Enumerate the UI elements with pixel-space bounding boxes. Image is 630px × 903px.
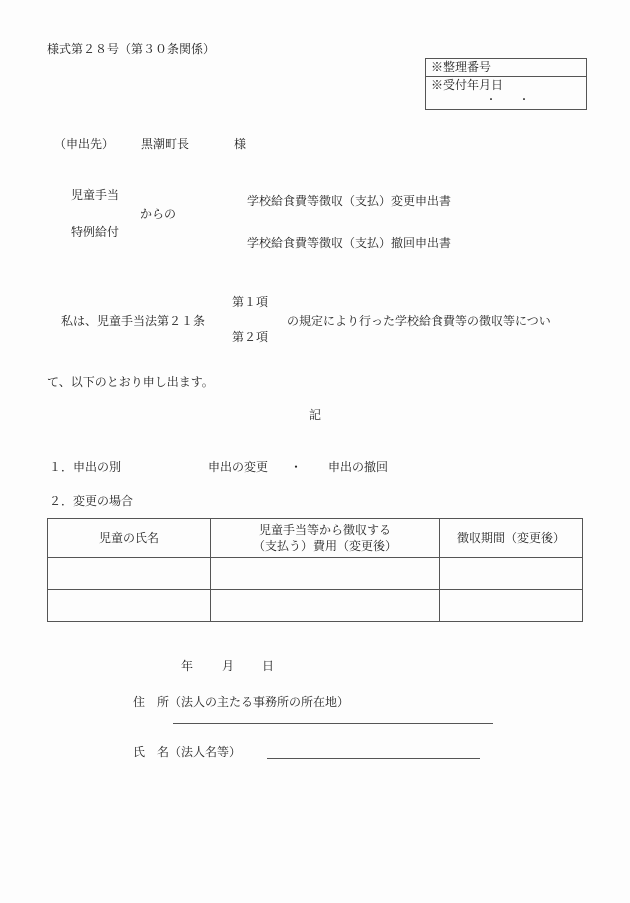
option-change[interactable]: 申出の変更 [208, 460, 268, 474]
received-date-label: ※受付年月日 [431, 78, 503, 93]
ki-heading: 記 [309, 408, 321, 422]
form-number: 様式第２８号（第３０条関係） [47, 42, 215, 56]
section1-label: １．申出の別 [49, 460, 121, 474]
clause-option-2[interactable]: 第２項 [232, 330, 268, 344]
name-input-line[interactable] [267, 758, 480, 759]
table-header-row: 児童の氏名 児童手当等から徴収する （支払う）費用（変更後） 徴収期間（変更後） [48, 519, 583, 558]
header-fee-line2: （支払う）費用（変更後） [211, 538, 439, 554]
section2-label: ２．変更の場合 [49, 494, 133, 508]
option-withdrawal[interactable]: 申出の撤回 [328, 460, 388, 474]
address-label: 住 所（法人の主たる事務所の所在地） [133, 695, 349, 709]
change-table: 児童の氏名 児童手当等から徴収する （支払う）費用（変更後） 徴収期間（変更後） [47, 518, 583, 622]
reference-number-field[interactable]: ※整理番号 [426, 59, 586, 77]
date-separator: ・ [486, 94, 496, 108]
cell-child-name[interactable] [48, 590, 211, 622]
cell-period[interactable] [440, 590, 583, 622]
date-separator: ・ [519, 94, 529, 108]
document-option-withdrawal[interactable]: 学校給食費等徴収（支払）撤回申出書 [247, 236, 451, 250]
header-period: 徴収期間（変更後） [440, 519, 583, 558]
source-option-special-benefit[interactable]: 特例給付 [71, 225, 119, 239]
document-option-change[interactable]: 学校給食費等徴収（支払）変更申出書 [247, 194, 451, 208]
office-use-box: ※整理番号 ※受付年月日 ・ ・ [425, 58, 587, 110]
title-connector: からの [140, 207, 176, 221]
cell-period[interactable] [440, 558, 583, 590]
header-child-name: 児童の氏名 [48, 519, 211, 558]
addressee-honorific: 様 [234, 137, 246, 151]
address-input-line[interactable] [173, 723, 493, 724]
cell-fee[interactable] [211, 590, 440, 622]
header-fee: 児童手当等から徴収する （支払う）費用（変更後） [211, 519, 440, 558]
statement-suffix: の規定により行った学校給食費等の徴収等につい [287, 314, 551, 328]
addressee-label: （申出先） [54, 137, 114, 151]
cell-child-name[interactable] [48, 558, 211, 590]
date-day-field[interactable]: 日 [262, 659, 274, 673]
table-row [48, 590, 583, 622]
cell-fee[interactable] [211, 558, 440, 590]
table-row [48, 558, 583, 590]
source-option-child-allowance[interactable]: 児童手当 [71, 188, 119, 202]
statement-prefix: 私は、児童手当法第２１条 [61, 314, 205, 328]
addressee-name: 黒潮町長 [141, 137, 189, 151]
date-month-field[interactable]: 月 [222, 659, 234, 673]
date-year-field[interactable]: 年 [181, 659, 193, 673]
option-separator: ・ [290, 460, 302, 474]
statement-continuation: て、以下のとおり申し出ます。 [47, 375, 214, 389]
clause-option-1[interactable]: 第１項 [232, 295, 268, 309]
name-label: 氏 名（法人名等） [133, 745, 241, 759]
header-fee-line1: 児童手当等から徴収する [211, 522, 439, 538]
